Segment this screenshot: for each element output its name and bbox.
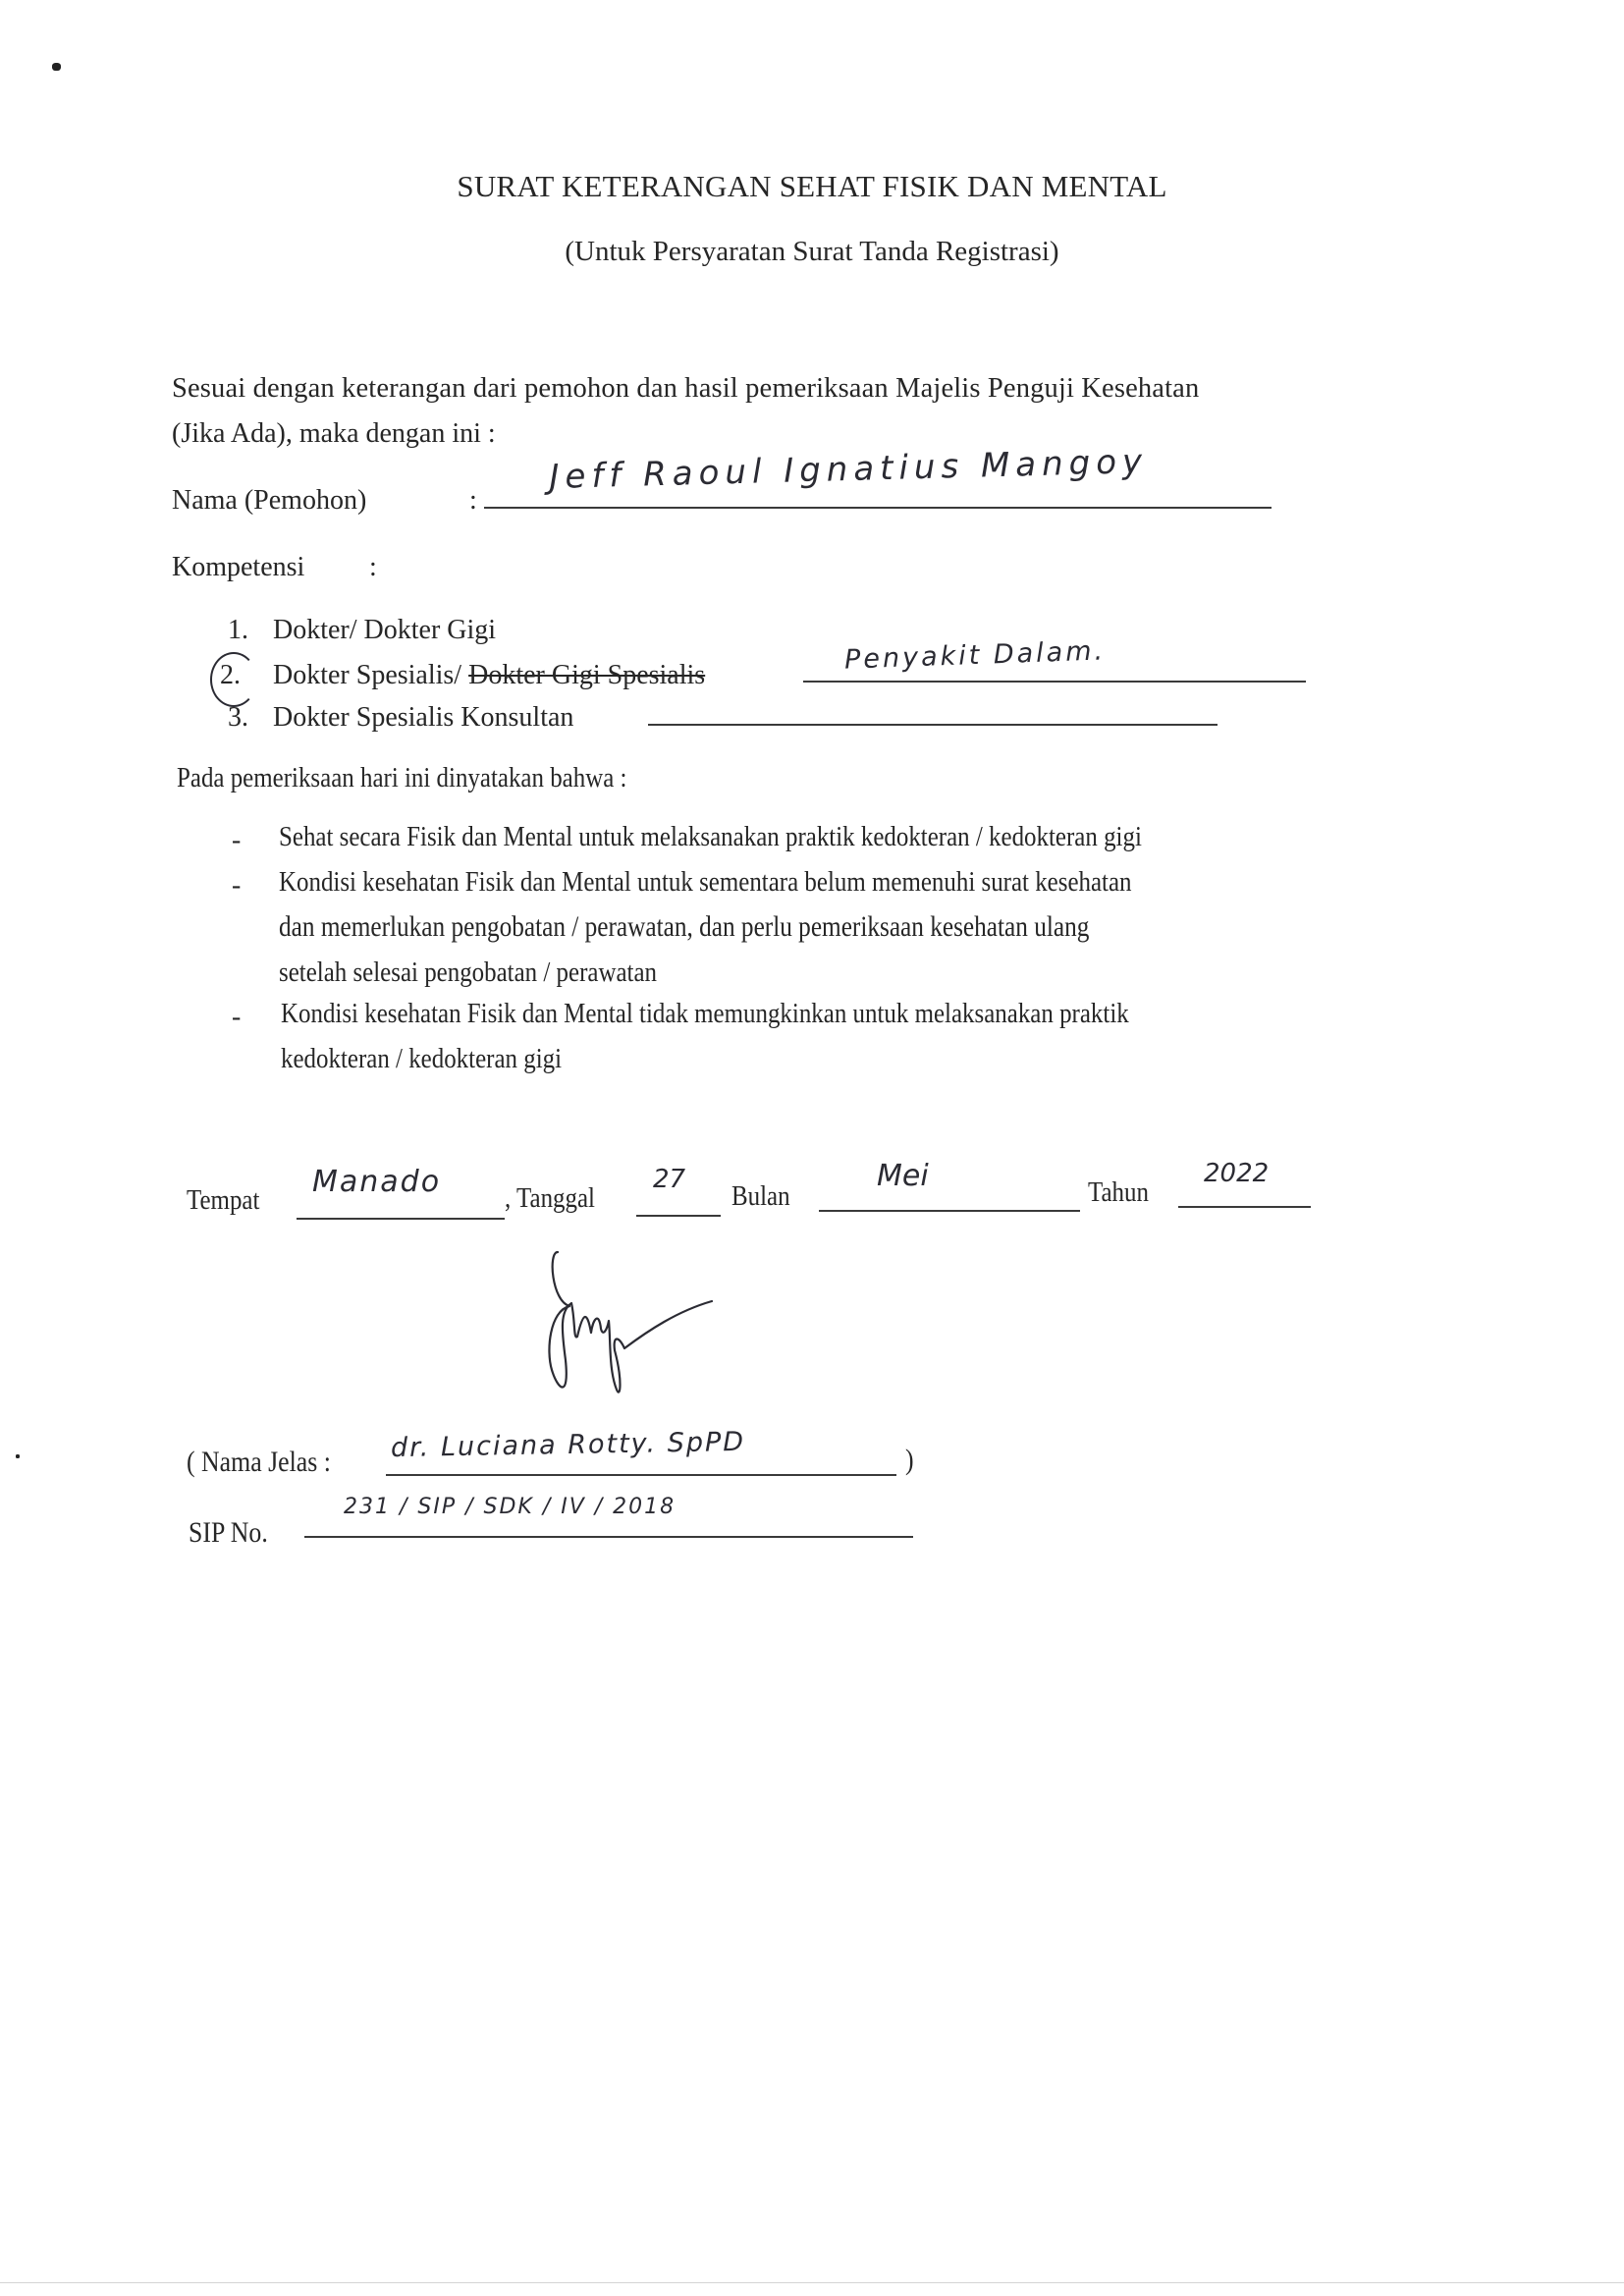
document-subtitle: (Untuk Persyaratan Surat Tanda Registras… <box>0 236 1624 268</box>
year-field[interactable] <box>1178 1206 1311 1208</box>
statement-3-line-1: Kondisi kesehatan Fisik dan Mental tidak… <box>281 998 1129 1030</box>
place-handwritten: Manado <box>312 1165 441 1199</box>
doctor-name-label: ( Nama Jelas : <box>187 1446 331 1479</box>
day-handwritten: 27 <box>653 1165 685 1194</box>
statement-1-bullet: - <box>232 825 241 856</box>
intro-line-2: (Jika Ada), maka dengan ini : <box>172 418 496 450</box>
competence-item-1-text: Dokter/ Dokter Gigi <box>273 615 496 646</box>
month-handwritten: Mei <box>877 1159 929 1193</box>
statement-2-line-3: setelah selesai pengobatan / perawatan <box>279 957 657 989</box>
month-field[interactable] <box>819 1210 1080 1212</box>
doctor-name-close: ) <box>905 1444 914 1477</box>
place-field[interactable] <box>297 1218 505 1220</box>
competence-item-3-text: Dokter Spesialis Konsultan <box>273 702 573 734</box>
doctor-name-field[interactable] <box>386 1474 896 1476</box>
signature-image <box>530 1242 727 1409</box>
competence-item-3-field[interactable] <box>648 724 1218 726</box>
statement-1-line-1: Sehat secara Fisik dan Mental untuk mela… <box>279 821 1142 853</box>
place-label: Tempat <box>187 1184 259 1217</box>
statement-2-bullet: - <box>232 870 241 902</box>
applicant-colon: : <box>469 485 477 517</box>
competence-item-2-number[interactable]: 2. <box>220 660 241 691</box>
scan-speck <box>16 1454 20 1458</box>
competence-label: Kompetensi <box>172 552 304 583</box>
statement-3-bullet: - <box>232 1002 241 1033</box>
statement-2-line-1: Kondisi kesehatan Fisik dan Mental untuk… <box>279 866 1132 899</box>
competence-item-1-number: 1. <box>228 615 248 646</box>
sip-field[interactable] <box>304 1536 913 1538</box>
statement-2-line-2: dan memerlukan pengobatan / perawatan, d… <box>279 911 1089 944</box>
sip-handwritten: 231 / SIP / SDK / IV / 2018 <box>344 1495 676 1519</box>
competence-item-2-handwritten: Penyakit Dalam. <box>844 635 1107 675</box>
day-label: , Tanggal <box>505 1182 595 1215</box>
document-title: SURAT KETERANGAN SEHAT FISIK DAN MENTAL <box>0 169 1624 204</box>
applicant-name-field[interactable] <box>484 507 1272 509</box>
applicant-label: Nama (Pemohon) <box>172 485 366 517</box>
competence-item-2-field[interactable] <box>803 681 1306 683</box>
statement-intro: Pada pemeriksaan hari ini dinyatakan bah… <box>177 762 626 794</box>
month-label: Bulan <box>731 1180 790 1213</box>
doctor-name-handwritten: dr. Luciana Rotty. SpPD <box>391 1427 746 1463</box>
applicant-name-handwritten: Jeff Raoul Ignatius Mangoy <box>549 442 1149 497</box>
competence-item-2-text: Dokter Spesialis/ Dokter Gigi Spesialis <box>273 660 705 691</box>
competence-item-3-number: 3. <box>228 702 248 734</box>
day-field[interactable] <box>636 1215 721 1217</box>
scan-speck <box>52 63 61 71</box>
competence-item-2-label: Dokter Spesialis/ <box>273 660 468 690</box>
year-handwritten: 2022 <box>1204 1159 1269 1188</box>
intro-line-1: Sesuai dengan keterangan dari pemohon da… <box>172 373 1199 405</box>
statement-3-line-2: kedokteran / kedokteran gigi <box>281 1043 562 1075</box>
scan-edge-line <box>0 2282 1624 2283</box>
year-label: Tahun <box>1088 1176 1149 1209</box>
competence-item-2-struck: Dokter Gigi Spesialis <box>468 660 705 690</box>
competence-colon: : <box>369 552 377 583</box>
sip-label: SIP No. <box>189 1516 268 1550</box>
